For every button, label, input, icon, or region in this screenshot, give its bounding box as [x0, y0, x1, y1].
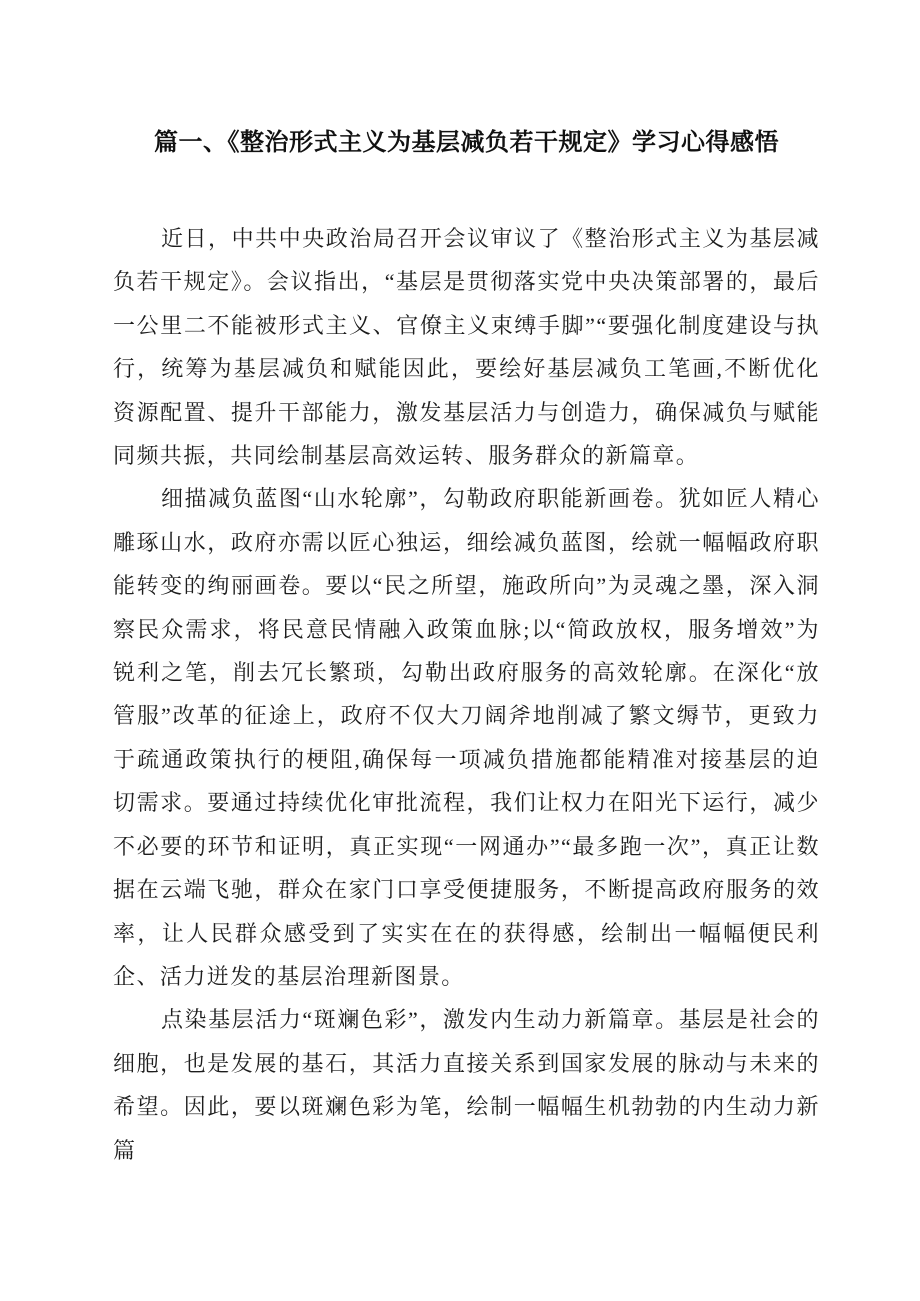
paragraph-2: 细描减负蓝图“山水轮廓”，勾勒政府职能新画卷。犹如匠人精心雕琢山水，政府亦需以匠… [113, 477, 820, 998]
paragraph-1: 近日，中共中央政治局召开会议审议了《整治形式主义为基层减负若干规定》。会议指出，… [113, 217, 820, 477]
document-page: 篇一、《整治形式主义为基层减负若干规定》学习心得感悟 近日，中共中央政治局召开会… [0, 0, 920, 1301]
document-body: 近日，中共中央政治局召开会议审议了《整治形式主义为基层减负若干规定》。会议指出，… [113, 217, 820, 1172]
paragraph-3: 点染基层活力“斑斓色彩”，激发内生动力新篇章。基层是社会的细胞，也是发展的基石，… [113, 998, 820, 1172]
document-title: 篇一、《整治形式主义为基层减负若干规定》学习心得感悟 [113, 0, 820, 164]
